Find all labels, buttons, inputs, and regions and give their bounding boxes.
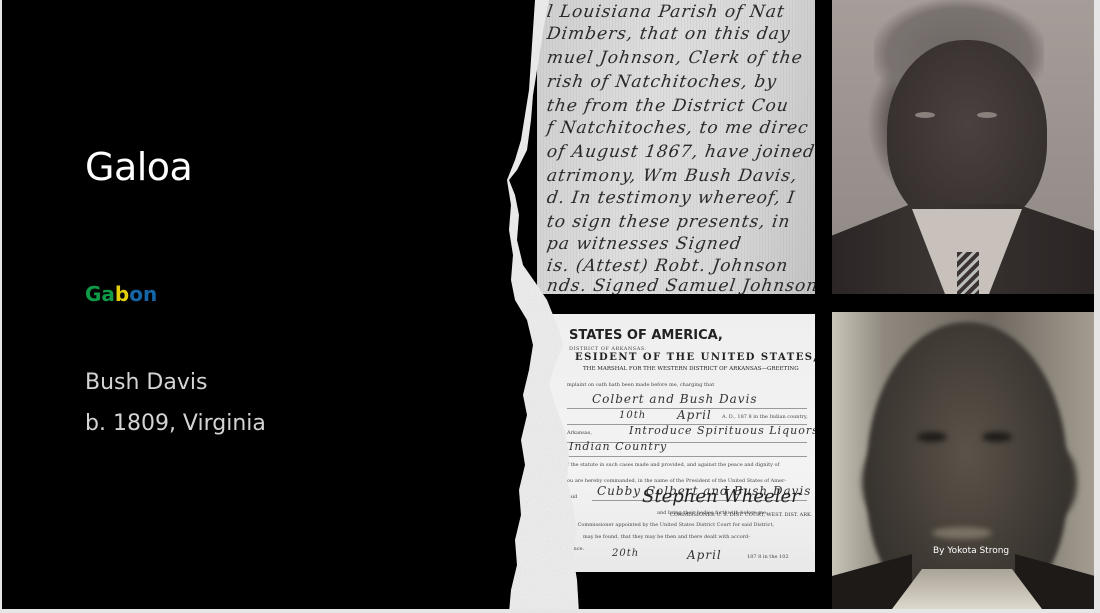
person-name: Bush Davis — [85, 362, 266, 403]
photo-eye — [915, 112, 935, 118]
warrant-day: 10th — [619, 410, 646, 421]
warrant-month: April — [677, 408, 712, 422]
torn-paper-strip — [507, 0, 587, 609]
warrant-hand-year: 187 8 in the 102 — [747, 554, 789, 560]
country-letter: G — [85, 282, 101, 306]
person-birth: b. 1809, Virginia — [85, 403, 266, 444]
warrant-complaint: mplaint on oath hath been made before me… — [567, 382, 714, 388]
warrant-found: may be found, that they may be then and … — [583, 534, 750, 540]
warrant-hand-month: April — [687, 548, 722, 562]
warrant-greeting: THE MARSHAL FOR THE WESTERN DISTRICT OF … — [583, 366, 799, 372]
portrait-photo-bottom: By Yokota Strong — [832, 312, 1094, 609]
portrait-photo-top — [832, 0, 1094, 294]
slide-title: Galoa — [85, 145, 192, 189]
warrant-heading: STATES OF AMERICA, — [569, 328, 723, 343]
photo-tie — [957, 252, 979, 294]
photo-mouth — [932, 527, 992, 539]
country-letter: b — [115, 282, 129, 306]
warrant-commissioner: ER, Commissioner appointed by the United… — [567, 522, 774, 528]
country-letter: a — [101, 282, 115, 306]
window-frame-right — [1094, 0, 1100, 613]
warrant-statute: f the statute in such cases made and pro… — [567, 462, 779, 468]
country-letter: o — [129, 282, 143, 306]
country-letter: n — [143, 282, 157, 306]
slide: Galoa Gabon Bush Davis b. 1809, Virginia… — [2, 0, 1094, 609]
warrant-document-image: STATES OF AMERICA, DISTRICT OF ARKANSAS.… — [547, 314, 815, 572]
warrant-subheading: ESIDENT OF THE UNITED STATES, — [575, 352, 815, 363]
country-label: Gabon — [85, 282, 157, 306]
warrant-names: Colbert and Bush Davis — [592, 392, 758, 406]
photo-eye — [982, 432, 1012, 442]
warrant-date-rest: A. D., 187 8 in the Indian country, — [722, 414, 808, 420]
warrant-hand-day: 20th — [612, 548, 639, 559]
photo-eye — [917, 432, 947, 442]
person-info: Bush Davis b. 1809, Virginia — [85, 362, 266, 444]
warrant-signature: Stephen Wheeler — [642, 486, 800, 507]
photo-credit: By Yokota Strong — [933, 546, 1009, 556]
warrant-signature-title: COMMISSIONER U. S. DIST. COURT, WEST. DI… — [670, 512, 812, 518]
warrant-offense: Introduce Spirituous Liquors into — [629, 424, 815, 437]
window-frame-bottom — [0, 609, 1100, 613]
rule — [567, 456, 807, 457]
warrant-footer — [547, 562, 815, 572]
photo-face — [887, 40, 1047, 230]
photo-eye — [977, 112, 997, 118]
